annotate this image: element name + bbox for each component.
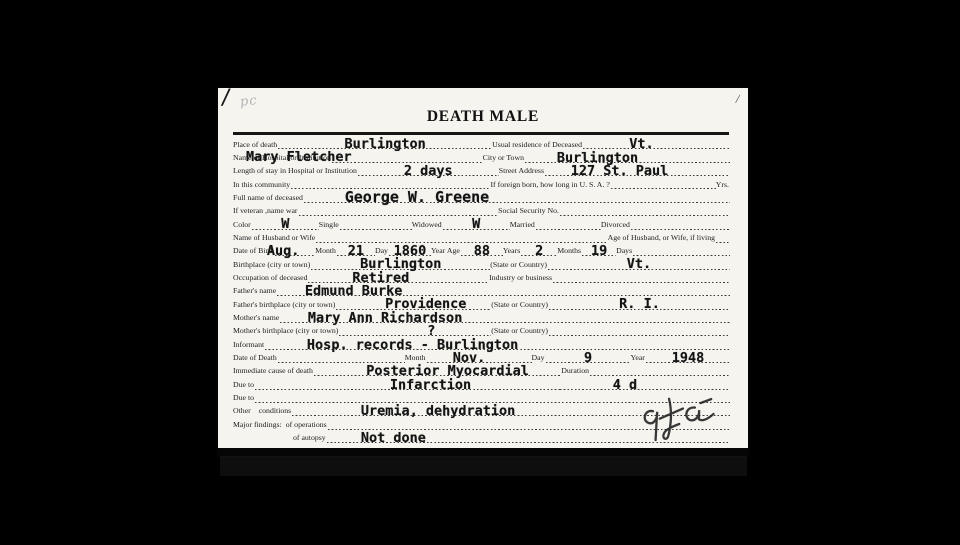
dotted-line: 21 <box>337 243 375 256</box>
dotted-line: R. I. <box>549 297 730 310</box>
dotted-line: Providence <box>336 297 491 310</box>
field-label: Married <box>510 221 536 230</box>
field-label: Date of Death <box>233 354 278 363</box>
death-certificate-card: / pc / DEATH MALE Place of death Burling… <box>218 88 748 456</box>
field-label: Years <box>503 247 521 256</box>
dotted-line <box>549 323 730 336</box>
dotted-line <box>560 203 730 216</box>
dotted-line <box>316 230 607 243</box>
handwritten-annotation <box>638 394 720 448</box>
handwritten-tick-mark: / <box>735 92 741 105</box>
field-label: If foreign born, how long in U. S. A. ? <box>490 181 610 190</box>
scanner-shadow <box>220 456 747 476</box>
row-date-of-death: Date of Death Month Nov. Day 9 Year 1948 <box>233 350 730 363</box>
field-label: Year <box>631 354 646 363</box>
dotted-line: ? <box>339 323 491 336</box>
dotted-line: George W. Greene <box>304 190 730 203</box>
dotted-line: 2 <box>521 243 557 256</box>
field-label: Major findings: <box>233 421 283 430</box>
dotted-line: W <box>252 217 319 230</box>
field-label: Social Security No. <box>498 207 560 216</box>
row-husband-wife: Name of Husband or Wife Age of Husband, … <box>233 230 730 243</box>
field-label: Month <box>315 247 337 256</box>
dotted-line <box>332 150 483 163</box>
field-label: In this community <box>233 181 291 190</box>
field-label: Industry or business <box>489 274 553 283</box>
dotted-line: Hosp. records - Burlington <box>265 337 730 350</box>
field-label: Days <box>616 247 633 256</box>
field-label: Age of Husband, or Wife, if living <box>608 234 716 243</box>
field-label: Birthplace (city or town) <box>233 261 311 270</box>
dotted-line: Vt. <box>583 137 730 150</box>
row-occupation: Occupation of deceased Retired Industry … <box>233 270 730 283</box>
field-label: Immediate cause of death <box>233 367 314 376</box>
row-veteran: If veteran ,name war Social Security No. <box>233 203 730 216</box>
field-label: Months <box>557 247 582 256</box>
dotted-line: Infarction <box>255 377 560 390</box>
dotted-line: 1948 <box>646 350 730 363</box>
dotted-line: Posterior Myocardial <box>314 363 561 376</box>
field-label: (State or Country) <box>491 327 549 336</box>
dotted-line: Retired <box>308 270 489 283</box>
field-label: Color <box>233 221 252 230</box>
dotted-line <box>716 230 730 243</box>
dotted-line: Burlington <box>311 257 490 270</box>
field-label: Widowed <box>412 221 443 230</box>
field-label: Yrs. <box>716 181 730 190</box>
dotted-line <box>611 177 716 190</box>
dotted-line: 9 <box>546 350 631 363</box>
field-label: If veteran ,name war <box>233 207 299 216</box>
field-label: of autopsy <box>293 434 327 443</box>
dotted-line <box>340 217 412 230</box>
indent-spacer <box>233 430 293 443</box>
dotted-line: Burlington <box>278 137 492 150</box>
dotted-line: 2 days <box>358 163 499 176</box>
field-label: Street Address <box>499 167 545 176</box>
row-cause-of-death: Immediate cause of death Posterior Myoca… <box>233 363 730 376</box>
field-label: Divorced <box>601 221 631 230</box>
dotted-line <box>553 270 730 283</box>
dotted-line: W <box>443 217 510 230</box>
row-length-of-stay: Length of stay in Hospital or Institutio… <box>233 163 730 176</box>
field-label: Occupation of deceased <box>233 274 308 283</box>
dotted-line: Nov. <box>427 350 532 363</box>
field-label: (State or Country) <box>490 261 548 270</box>
field-label: Length of stay in Hospital or Institutio… <box>233 167 358 176</box>
field-label: Other conditions <box>233 407 292 416</box>
dotted-line: Mary Ann Richardson <box>280 310 730 323</box>
row-informant: Informant Hosp. records - Burlington <box>233 337 730 350</box>
value-autopsy: Not done <box>361 432 426 446</box>
field-label: City or Town <box>483 154 525 163</box>
row-mother-birthplace: Mother's birthplace (city or town) ? (St… <box>233 323 730 336</box>
field-label: Mother's birthplace (city or town) <box>233 327 339 336</box>
row-full-name: Full name of deceased George W. Greene <box>233 190 730 203</box>
row-mother-name: Mother's name Mary Ann Richardson <box>233 310 730 323</box>
title-divider-rule <box>233 132 729 135</box>
dotted-line: 19 <box>582 243 616 256</box>
dotted-line <box>278 350 405 363</box>
field-label: Informant <box>233 341 265 350</box>
scanner-edge-band <box>218 448 748 456</box>
dotted-line: Vt. <box>548 257 730 270</box>
field-label: Father's name <box>233 287 277 296</box>
dotted-line: 88 <box>461 243 503 256</box>
field-label: Father's birthplace (city or town) <box>233 301 336 310</box>
dotted-line <box>299 203 499 216</box>
field-label: Month <box>405 354 427 363</box>
field-label: Single <box>319 221 340 230</box>
field-label: (State or Country) <box>491 301 549 310</box>
dotted-line: 127 St. Paul <box>545 163 730 176</box>
row-father-name: Father's name Edmund Burke <box>233 283 730 296</box>
field-label: Full name of deceased <box>233 194 304 203</box>
field-label: Mother's name <box>233 314 280 323</box>
dotted-line: 4 d <box>560 377 730 390</box>
row-color-marital: Color W Single Widowed W Married Divorce… <box>233 217 730 230</box>
row-date-of-birth: Date of Birth Aug. Month 21 Day 1860 Yea… <box>233 243 730 256</box>
dotted-line <box>633 243 730 256</box>
field-label: Day <box>532 354 546 363</box>
field-label: Duration <box>561 367 590 376</box>
value-hospital-name: Mary Fletcher <box>246 151 352 165</box>
row-birthplace: Birthplace (city or town) Burlington (St… <box>233 257 730 270</box>
row-due-to-1: Due to Infarction 4 d <box>233 377 730 390</box>
field-label: Day <box>375 247 389 256</box>
dotted-line: Burlington <box>525 150 730 163</box>
dotted-line: Aug. <box>275 243 315 256</box>
field-label: Year Age <box>431 247 461 256</box>
field-label: of operations <box>286 421 328 430</box>
scanned-page-background: / pc / DEATH MALE Place of death Burling… <box>0 0 960 545</box>
dotted-line: Edmund Burke <box>277 283 730 296</box>
field-label: Name of Husband or Wife <box>233 234 316 243</box>
certificate-title: DEATH MALE <box>218 108 748 126</box>
field-label: Due to <box>233 394 255 403</box>
row-place-of-death: Place of death Burlington Usual residenc… <box>233 137 730 150</box>
dotted-line <box>590 363 730 376</box>
field-label: Usual residence of Deceased <box>492 141 583 150</box>
row-hospital: Name of Hospital or Institution Mary Fle… <box>233 150 730 163</box>
dotted-line <box>536 217 601 230</box>
dotted-line: 1860 <box>389 243 431 256</box>
dotted-line <box>631 217 730 230</box>
field-label: Due to <box>233 381 255 390</box>
row-father-birthplace: Father's birthplace (city or town) Provi… <box>233 297 730 310</box>
